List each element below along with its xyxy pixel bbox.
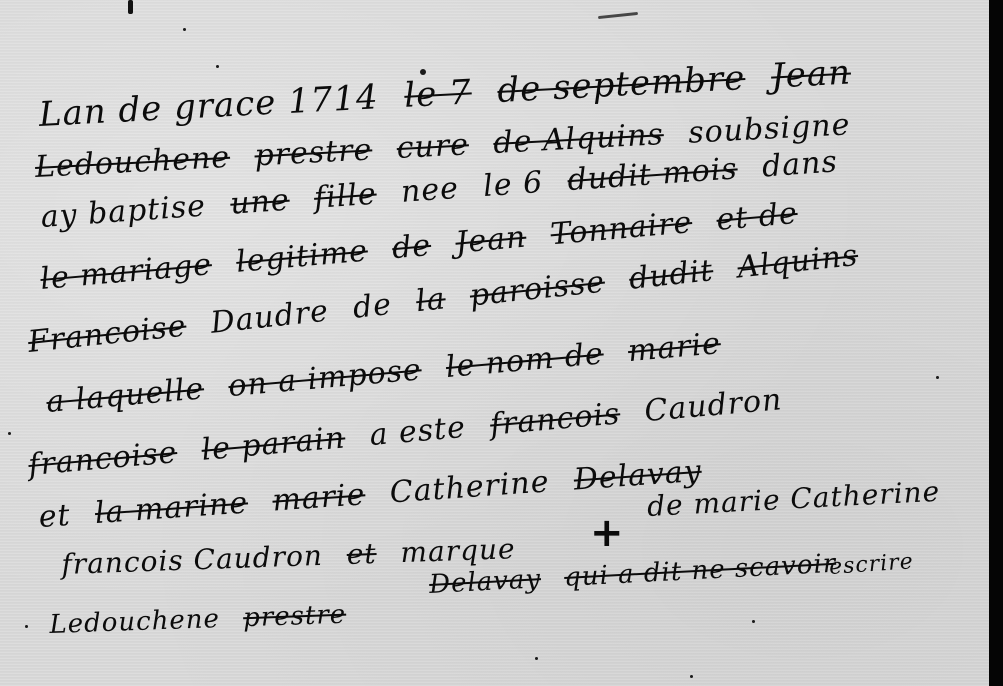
une-word: une (229, 183, 291, 222)
line-1-month: de septembre (496, 58, 746, 111)
ink-speck (535, 657, 538, 660)
ink-smudge (598, 12, 638, 19)
line-1-text: Lan de grace 1714 (38, 77, 380, 135)
priest-title: prestre (254, 132, 374, 173)
line-1-name: Jean (770, 53, 852, 97)
scan-edge-border (989, 0, 1003, 686)
ink-speck (183, 28, 186, 31)
la-word: la (414, 281, 447, 319)
marine-word: la marine (94, 485, 249, 531)
ink-speck (25, 625, 28, 628)
dans-word: dans (761, 144, 839, 184)
line-1-date-day: le 7 (403, 72, 472, 115)
mariage-phrase: le mariage (39, 247, 213, 297)
baptise-phrase: ay baptise (40, 189, 208, 235)
et-word: et (346, 537, 377, 571)
godmother-second-name: Catherine (389, 464, 551, 510)
ink-speck (8, 432, 11, 435)
parish-name: de Alquins (492, 117, 664, 161)
paroisse-word: paroisse (468, 265, 607, 314)
escrire-word: escrire (828, 549, 914, 580)
de-word: de (351, 287, 393, 326)
ink-speck (690, 675, 693, 678)
ink-speck (752, 620, 755, 623)
witness-signature: francois Caudron (61, 539, 324, 581)
cure-word: cure (396, 127, 470, 166)
nom-phrase: le nom de (444, 336, 605, 385)
father-surname: Tonnaire (549, 205, 693, 252)
mother-surname: Daudre (209, 294, 331, 341)
child-name: marie (627, 326, 723, 369)
de-word: de (391, 228, 433, 266)
impose-phrase: on a impose (227, 352, 423, 404)
marque-word: marque (400, 532, 516, 569)
et-word: et (38, 498, 72, 535)
godfather-surname: Caudron (643, 382, 784, 429)
scanned-document-page: Lan de grace 1714 le 7 de septembre Jean… (0, 0, 1003, 686)
laquelle-word: a laquelle (45, 371, 206, 420)
mother-first-name: Francoise (26, 309, 188, 360)
godmother-cross-mark: + (590, 510, 624, 556)
parain-word: le parain (200, 420, 347, 467)
priest-signature-name: Ledouchene (49, 604, 220, 640)
child-second-name: francoise (27, 435, 179, 483)
fille-word: fille (313, 177, 378, 216)
ink-speck (216, 65, 219, 68)
ink-speck (936, 376, 939, 379)
godmother-first-name: marie (271, 477, 366, 518)
legitime-word: legitime (235, 233, 370, 279)
dudit-word: dudit (627, 253, 715, 297)
priest-signature-title: prestre (243, 600, 347, 634)
godmother-surname-repeat: Delavay (428, 564, 541, 600)
ink-stroke-mark (128, 0, 133, 14)
document-line-11: Ledouchene prestre (49, 599, 361, 640)
godfather-first-name: francois (489, 396, 622, 442)
nee-word: nee (400, 171, 460, 210)
et-de-phrase: et de (715, 196, 799, 238)
father-first-name: Jean (454, 220, 528, 261)
parish-name: Alquins (736, 238, 860, 285)
este-word: a este (368, 410, 467, 453)
birth-day: le 6 (482, 165, 544, 204)
priest-name: Ledouchene (34, 140, 231, 185)
dudit-mois: dudit mois (566, 151, 738, 198)
